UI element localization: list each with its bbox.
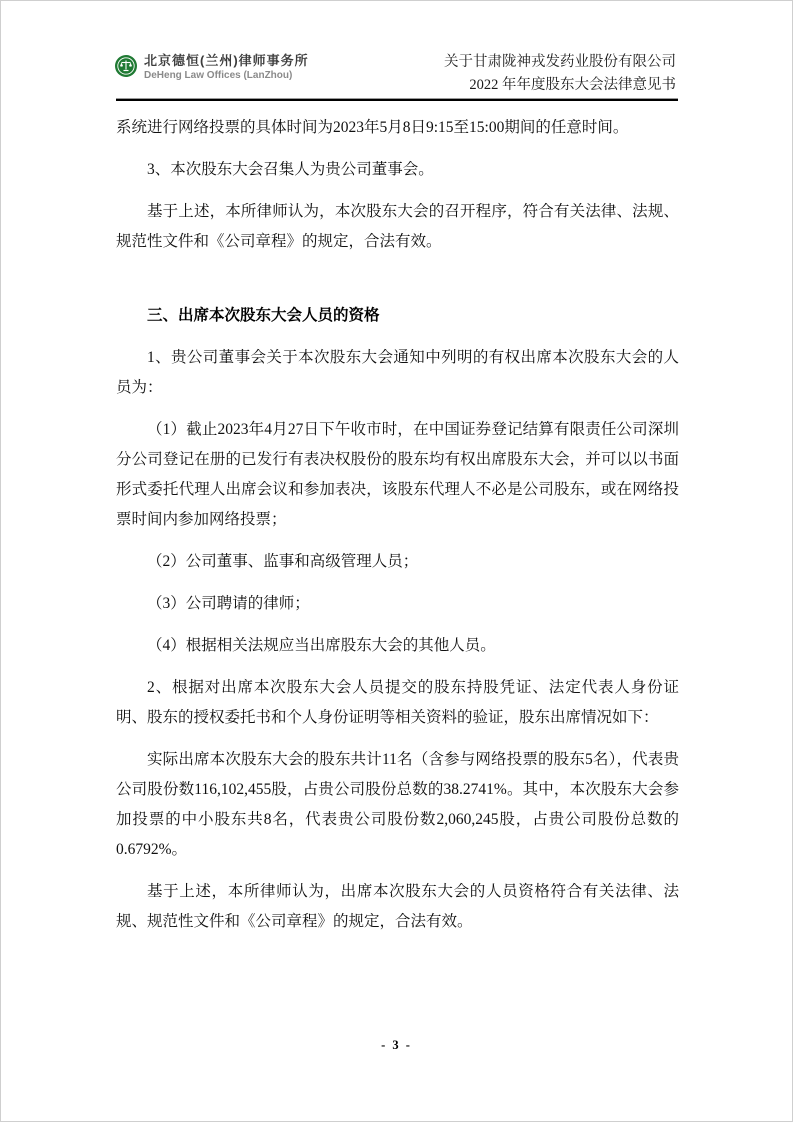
paragraph: （3）公司聘请的律师；: [116, 589, 679, 619]
paragraph: 3、本次股东大会召集人为贵公司董事会。: [116, 155, 679, 185]
paragraph: 基于上述，本所律师认为，本次股东大会的召开程序，符合有关法律、法规、规范性文件和…: [116, 197, 679, 257]
header-firm-block: 北京德恒(兰州)律师事务所 DeHeng Law Offices (LanZho…: [114, 53, 309, 82]
paragraph: 系统进行网络投票的具体时间为2023年5月8日9:15至15:00期间的任意时间…: [116, 113, 679, 143]
paragraph: 实际出席本次股东大会的股东共计11名（含参与网络投票的股东5名），代表贵公司股份…: [116, 745, 679, 865]
section-heading: 三、出席本次股东大会人员的资格: [116, 301, 679, 331]
paragraph: （1）截止2023年4月27日下午收市时，在中国证券登记结算有限责任公司深圳分公…: [116, 415, 679, 535]
document-title-line1: 关于甘肃陇神戎发药业股份有限公司: [444, 51, 676, 74]
paragraph: 基于上述，本所律师认为，出席本次股东大会的人员资格符合有关法律、法规、规范性文件…: [116, 877, 679, 937]
document-title: 关于甘肃陇神戎发药业股份有限公司 2022 年年度股东大会法律意见书: [444, 51, 676, 97]
document-body: 系统进行网络投票的具体时间为2023年5月8日9:15至15:00期间的任意时间…: [116, 113, 679, 949]
firm-names: 北京德恒(兰州)律师事务所 DeHeng Law Offices (LanZho…: [144, 53, 309, 82]
page-number: - 3 -: [1, 1038, 792, 1053]
paragraph: （2）公司董事、监事和高级管理人员；: [116, 547, 679, 577]
firm-name-en: DeHeng Law Offices (LanZhou): [144, 69, 309, 82]
header-divider: [116, 98, 678, 101]
firm-name-cn: 北京德恒(兰州)律师事务所: [144, 53, 309, 69]
deheng-law-emblem-icon: [114, 54, 138, 78]
paragraph: 1、贵公司董事会关于本次股东大会通知中列明的有权出席本次股东大会的人员为：: [116, 343, 679, 403]
document-page: 北京德恒(兰州)律师事务所 DeHeng Law Offices (LanZho…: [0, 0, 793, 1122]
paragraph: （4）根据相关法规应当出席股东大会的其他人员。: [116, 631, 679, 661]
document-title-line2: 2022 年年度股东大会法律意见书: [444, 74, 676, 97]
paragraph: 2、根据对出席本次股东大会人员提交的股东持股凭证、法定代表人身份证明、股东的授权…: [116, 673, 679, 733]
